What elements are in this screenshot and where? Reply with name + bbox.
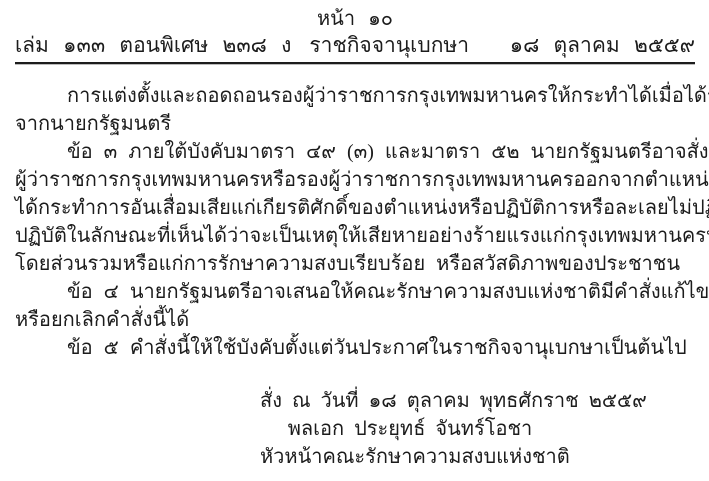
gazette-header: หน้า ๑๐ เล่ม ๑๓๓ ตอนพิเศษ ๒๓๘ ง ราชกิจจา… [15, 6, 695, 65]
signer-title: หัวหน้าคณะรักษาความสงบแห่งชาติ [260, 443, 560, 471]
body-line: โดยส่วนรวมหรือแก่การรักษาความสงบเรียบร้อ… [15, 250, 695, 278]
body-line: หรือยกเลิกคำสั่งนี้ได้ [15, 306, 695, 334]
gazette-header-row: เล่ม ๑๓๓ ตอนพิเศษ ๒๓๘ ง ราชกิจจานุเบกษา … [15, 32, 695, 58]
body-line-clause-5: ข้อ ๕ คำสั่งนี้ให้ใช้บังคับตั้งแต่วันประ… [15, 334, 695, 362]
body-line: การแต่งตั้งและถอดถอนรองผู้ว่าราชการกรุงเ… [15, 82, 695, 110]
body-line: ผู้ว่าราชการกรุงเทพมหานครหรือรองผู้ว่ารา… [15, 166, 695, 194]
body-line-clause-4: ข้อ ๔ นายกรัฐมนตรีอาจเสนอให้คณะรักษาความ… [15, 278, 695, 306]
body-line-clause-3: ข้อ ๓ ภายใต้บังคับมาตรา ๔๙ (๓) และมาตรา … [15, 138, 695, 166]
signer-name: พลเอก ประยุทธ์ จันทร์โอชา [260, 415, 560, 443]
body-line: จากนายกรัฐมนตรี [15, 110, 695, 138]
issue-date: ๑๘ ตุลาคม ๒๕๕๙ [469, 32, 695, 58]
volume-issue-info: เล่ม ๑๓๓ ตอนพิเศษ ๒๓๘ ง [15, 32, 291, 58]
body-line: ปฏิบัติในลักษณะที่เห็นได้ว่าจะเป็นเหตุให… [15, 222, 695, 250]
gazette-document-page: หน้า ๑๐ เล่ม ๑๓๓ ตอนพิเศษ ๒๓๘ ง ราชกิจจา… [0, 0, 709, 481]
document-body: การแต่งตั้งและถอดถอนรองผู้ว่าราชการกรุงเ… [15, 82, 695, 362]
page-number: หน้า ๑๐ [15, 6, 695, 32]
signature-block: สั่ง ณ วันที่ ๑๘ ตุลาคม พุทธศักราช ๒๕๕๙ … [260, 387, 560, 471]
signature-date-line: สั่ง ณ วันที่ ๑๘ ตุลาคม พุทธศักราช ๒๕๕๙ [260, 387, 560, 415]
header-divider-rule [15, 62, 695, 65]
gazette-title: ราชกิจจานุเบกษา [291, 32, 469, 58]
body-line: ได้กระทำการอันเสื่อมเสียแก่เกียรติศักดิ์… [15, 194, 695, 222]
